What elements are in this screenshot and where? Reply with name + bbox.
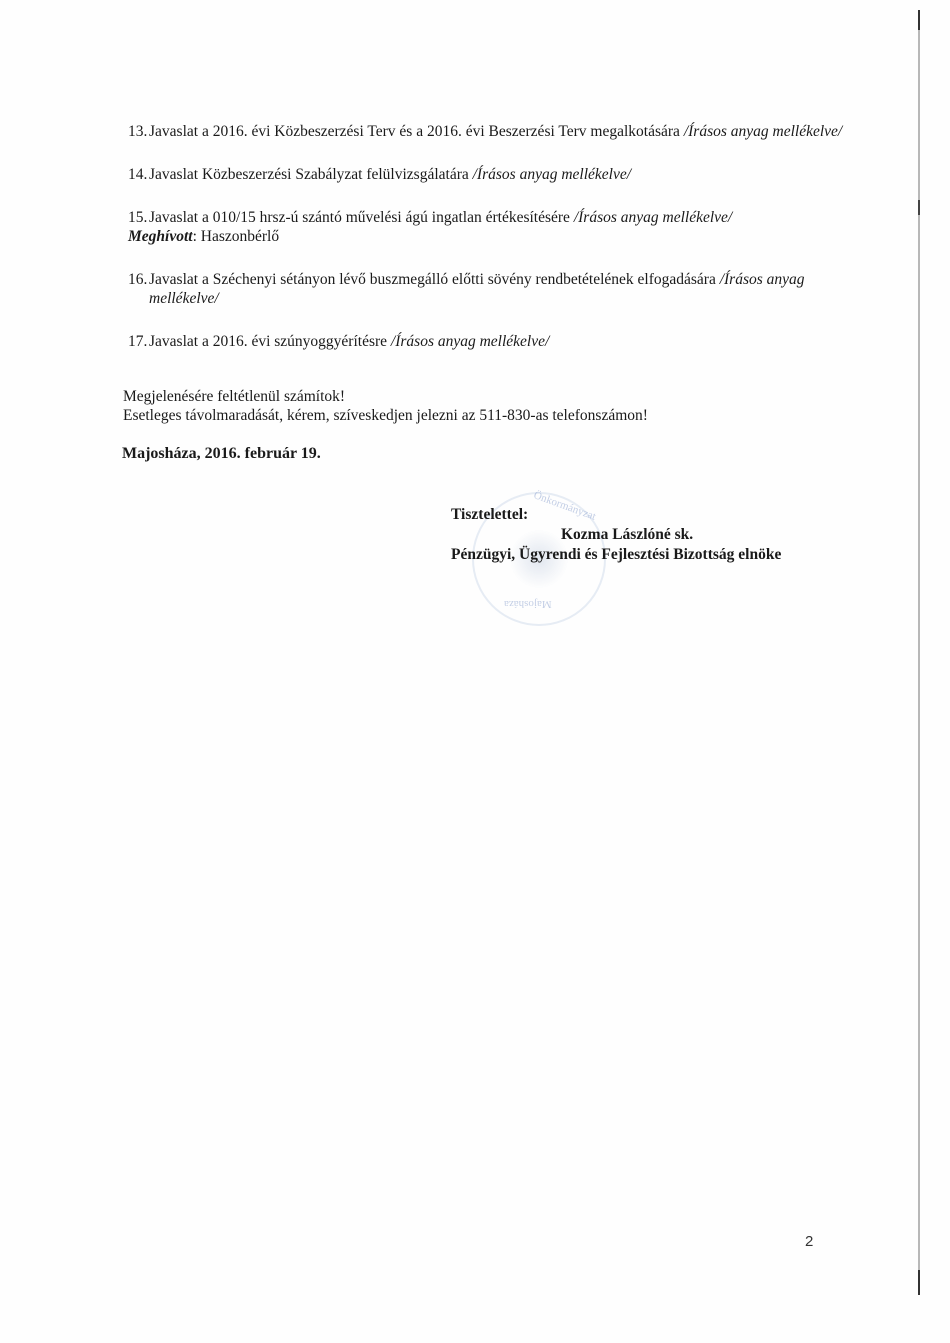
signature-title: Pénzügyi, Ügyrendi és Fejlesztési Bizott… bbox=[451, 545, 781, 565]
closing-text: Megjelenésére feltétlenül számítok! Eset… bbox=[123, 387, 648, 425]
date-line: Majosháza, 2016. február 19. bbox=[122, 445, 321, 463]
page-number: 2 bbox=[805, 1233, 813, 1250]
item-number: 14. bbox=[128, 165, 149, 184]
item-note: /Írásos anyag mellékelve/ bbox=[684, 123, 842, 140]
agenda-item-14: 14.Javaslat Közbeszerzési Szabályzat fel… bbox=[128, 165, 848, 184]
item-number: 16. bbox=[128, 270, 149, 289]
agenda-item-15: 15.Javaslat a 010/15 hrsz-ú szántó művel… bbox=[128, 208, 848, 246]
item-note: /Írásos anyag mellékelve/ bbox=[574, 209, 732, 226]
item-text: Javaslat a 010/15 hrsz-ú szántó művelési… bbox=[149, 209, 574, 226]
item-number: 17. bbox=[128, 332, 149, 351]
agenda-item-13: 13.Javaslat a 2016. évi Közbeszerzési Te… bbox=[128, 122, 848, 141]
item-text: Javaslat Közbeszerzési Szabályzat felülv… bbox=[149, 166, 473, 183]
signature-block: Tisztelettel: Kozma Lászlóné sk. Pénzügy… bbox=[451, 505, 781, 565]
stamp-text-bottom: Majosháza bbox=[504, 598, 552, 610]
item-number: 13. bbox=[128, 122, 149, 141]
item-text: Javaslat a 2016. évi Közbeszerzési Terv … bbox=[149, 123, 684, 140]
scan-edge-mark bbox=[918, 1270, 920, 1295]
signature-name: Kozma Lászlóné sk. bbox=[451, 525, 781, 545]
invited-label: Meghívott bbox=[128, 228, 193, 245]
scan-edge-mark bbox=[918, 10, 920, 30]
item-text: Javaslat a 2016. évi szúnyoggyérítésre bbox=[149, 333, 391, 350]
item-note: /Írásos anyag mellékelve/ bbox=[391, 333, 549, 350]
signature-greeting: Tisztelettel: bbox=[451, 505, 781, 525]
item-note: /Írásos anyag mellékelve/ bbox=[473, 166, 631, 183]
agenda-item-17: 17.Javaslat a 2016. évi szúnyoggyérítésr… bbox=[128, 332, 848, 351]
scan-edge-line bbox=[918, 10, 920, 1295]
scan-edge-mark bbox=[918, 200, 920, 215]
closing-line-2: Esetleges távolmaradását, kérem, szívesk… bbox=[123, 406, 648, 425]
document-page: 13.Javaslat a 2016. évi Közbeszerzési Te… bbox=[0, 0, 950, 1343]
agenda-list: 13.Javaslat a 2016. évi Közbeszerzési Te… bbox=[128, 122, 848, 365]
closing-line-1: Megjelenésére feltétlenül számítok! bbox=[123, 387, 648, 406]
invited-line: Meghívott: Haszonbérlő bbox=[149, 227, 848, 246]
item-text: Javaslat a Széchenyi sétányon lévő buszm… bbox=[149, 271, 720, 288]
agenda-item-16: 16.Javaslat a Széchenyi sétányon lévő bu… bbox=[128, 270, 848, 308]
invited-value: : Haszonbérlő bbox=[193, 228, 280, 245]
item-number: 15. bbox=[128, 208, 149, 227]
